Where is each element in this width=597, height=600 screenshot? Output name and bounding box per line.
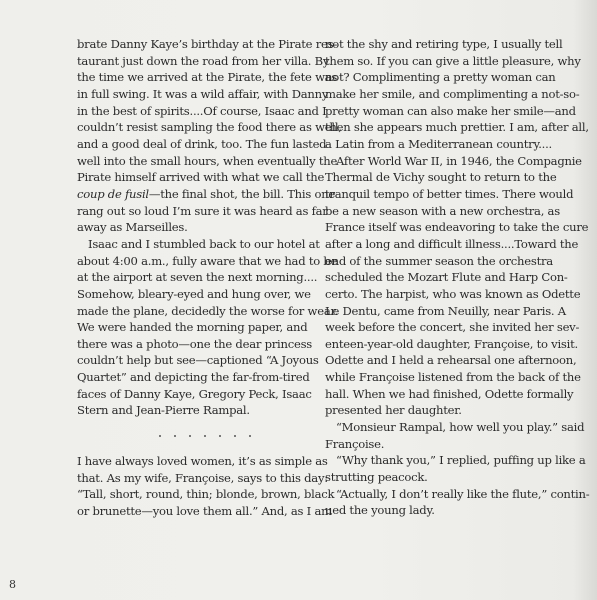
paragraph-hotel: Isaac and I stumbled back to our hotel a… <box>77 236 313 419</box>
book-page: brate Danny Kaye’s birthday at the Pirat… <box>0 0 597 600</box>
text-line: rang out so loud I’m sure it was heard a… <box>77 203 313 220</box>
text-line: away as Marseilles. <box>77 219 313 236</box>
text-line: couldn’t resist sampling the food there … <box>77 119 313 136</box>
text-line: “Why thank you,” I replied, puffing up l… <box>325 452 561 469</box>
text-line: be a new season with a new orchestra, as <box>325 203 561 220</box>
text-line: “Actually, I don’t really like the flute… <box>325 486 561 503</box>
separator-dot <box>204 435 206 437</box>
text-line: certo. The harpist, who was known as Ode… <box>325 286 561 303</box>
text-line: about 4:00 a.m., fully aware that we had… <box>77 253 313 270</box>
text-line: “Monsieur Rampal, how well you play.” sa… <box>325 419 561 436</box>
left-column: brate Danny Kaye’s birthday at the Pirat… <box>77 36 313 520</box>
text-fragment: —the final shot, the bill. This one <box>149 187 335 201</box>
separator-dot <box>174 435 176 437</box>
text-line: brate Danny Kaye’s birthday at the Pirat… <box>77 36 313 53</box>
text-line: while Françoise listened from the back o… <box>325 369 561 386</box>
text-line: France itself was endeavoring to take th… <box>325 219 561 236</box>
text-line: presented her daughter. <box>325 402 561 419</box>
separator-dot <box>234 435 236 437</box>
text-line: Odette and I held a rehearsal one aftern… <box>325 352 561 369</box>
section-separator-dots <box>77 429 313 443</box>
text-line: strutting peacock. <box>325 469 561 486</box>
text-line: make her smile, and complimenting a not-… <box>325 86 561 103</box>
text-line: coup de fusil—the final shot, the bill. … <box>77 186 313 203</box>
text-line: them so. If you can give a little pleasu… <box>325 53 561 70</box>
text-line: there was a photo—one the dear princess <box>77 336 313 353</box>
paragraph-dont-like-flute: “Actually, I don’t really like the flute… <box>325 486 561 519</box>
text-line: I have always loved women, it’s as simpl… <box>77 453 313 470</box>
paragraph-why-thank-you: “Why thank you,” I replied, puffing up l… <box>325 452 561 485</box>
paragraph-vichy: After World War II, in 1946, the Compagn… <box>325 153 561 420</box>
text-line: well into the small hours, when eventual… <box>77 153 313 170</box>
text-line: faces of Danny Kaye, Gregory Peck, Isaac <box>77 386 313 403</box>
text-line: We were handed the morning paper, and <box>77 319 313 336</box>
text-line: Le Dentu, came from Neuilly, near Paris.… <box>325 303 561 320</box>
paragraph-pirate-party: brate Danny Kaye’s birthday at the Pirat… <box>77 36 313 236</box>
paragraph-monsieur-rampal: “Monsieur Rampal, how well you play.” sa… <box>325 419 561 452</box>
right-column: not the shy and retiring type, I usually… <box>325 36 561 519</box>
text-line: After World War II, in 1946, the Compagn… <box>325 153 561 170</box>
text-line: “Tall, short, round, thin; blonde, brown… <box>77 486 313 503</box>
text-line: Pirate himself arrived with what we call… <box>77 169 313 186</box>
text-line: Françoise. <box>325 436 561 453</box>
separator-dot <box>249 435 251 437</box>
text-line: after a long and difficult illness....To… <box>325 236 561 253</box>
text-line: Thermal de Vichy sought to return to the <box>325 169 561 186</box>
text-line: scheduled the Mozart Flute and Harp Con- <box>325 269 561 286</box>
text-line: not the shy and retiring type, I usually… <box>325 36 561 53</box>
text-line: that. As my wife, Françoise, says to thi… <box>77 470 313 487</box>
text-line: tranquil tempo of better times. There wo… <box>325 186 561 203</box>
text-line: not? Complimenting a pretty woman can <box>325 69 561 86</box>
text-line: then she appears much prettier. I am, af… <box>325 119 561 136</box>
text-line: or brunette—you love them all.” And, as … <box>77 503 313 520</box>
text-line: week before the concert, she invited her… <box>325 319 561 336</box>
text-line: Quartet” and depicting the far-from-tire… <box>77 369 313 386</box>
text-line: the time we arrived at the Pirate, the f… <box>77 69 313 86</box>
italic-phrase: coup de fusil <box>77 187 149 201</box>
paragraph-loved-women: I have always loved women, it’s as simpl… <box>77 453 313 520</box>
text-line: Isaac and I stumbled back to our hotel a… <box>77 236 313 253</box>
text-line: Stern and Jean-Pierre Rampal. <box>77 402 313 419</box>
text-line: ued the young lady. <box>325 502 561 519</box>
paragraph-compliments: not the shy and retiring type, I usually… <box>325 36 561 153</box>
separator-dot <box>159 435 161 437</box>
text-line: enteen-year-old daughter, Françoise, to … <box>325 336 561 353</box>
text-line: hall. When we had finished, Odette forma… <box>325 386 561 403</box>
text-line: end of the summer season the orchestra <box>325 253 561 270</box>
text-line: a Latin from a Mediterranean country.... <box>325 136 561 153</box>
separator-dot <box>219 435 221 437</box>
page-number: 8 <box>9 578 16 591</box>
text-line: in the best of spirits....Of course, Isa… <box>77 103 313 120</box>
text-line: Somehow, bleary-eyed and hung over, we <box>77 286 313 303</box>
text-line: and a good deal of drink, too. The fun l… <box>77 136 313 153</box>
text-line: couldn’t help but see—captioned “A Joyou… <box>77 352 313 369</box>
text-line: made the plane, decidedly the worse for … <box>77 303 313 320</box>
text-line: at the airport at seven the next morning… <box>77 269 313 286</box>
separator-dot <box>189 435 191 437</box>
text-line: pretty woman can also make her smile—and <box>325 103 561 120</box>
text-line: in full swing. It was a wild affair, wit… <box>77 86 313 103</box>
text-line: taurant just down the road from her vill… <box>77 53 313 70</box>
